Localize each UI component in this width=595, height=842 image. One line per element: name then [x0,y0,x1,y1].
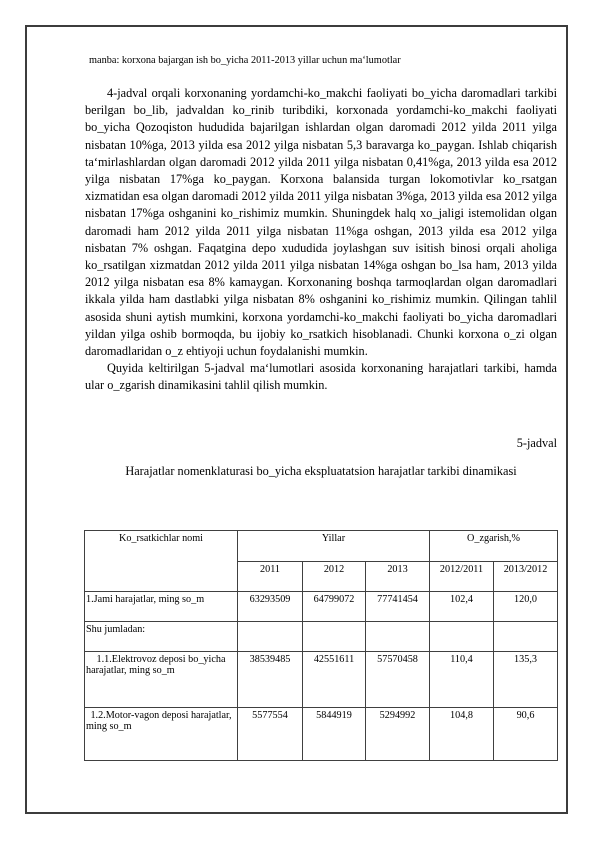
header-year: 2011 [238,562,303,592]
body-text: 4-jadval orqali korxonaning yordamchi-ko… [85,85,557,395]
cell-value: 42551611 [303,652,366,708]
row-label: 1.Jami harajatlar, ming so_m [85,592,238,622]
cell-value: 104,8 [430,708,494,761]
cell-value [238,622,303,652]
paragraph-2: Quyida keltirilgan 5-jadval ma‘lumotlari… [85,360,557,394]
header-year: 2012 [303,562,366,592]
cell-value: 64799072 [303,592,366,622]
cell-value [430,622,494,652]
cell-value: 5294992 [366,708,430,761]
cell-value: 5844919 [303,708,366,761]
header-change-period: 2013/2012 [494,562,558,592]
paragraph-1: 4-jadval orqali korxonaning yordamchi-ko… [85,85,557,360]
cell-value: 120,0 [494,592,558,622]
cell-value: 57570458 [366,652,430,708]
table-row: Shu jumladan: [85,622,558,652]
cell-value: 63293509 [238,592,303,622]
table-number: 5-jadval [517,436,557,451]
header-change: O_zgarish,% [430,531,558,562]
table-row: 1.1.Elektrovoz deposi bo_yicha harajatla… [85,652,558,708]
cell-value: 38539485 [238,652,303,708]
cell-value [494,622,558,652]
cell-value: 135,3 [494,652,558,708]
cell-value: 90,6 [494,708,558,761]
header-year: 2013 [366,562,430,592]
table-header-row: Ko_rsatkichlar nomi Yillar O_zgarish,% [85,531,558,562]
header-years: Yillar [238,531,430,562]
source-note: manba: korxona bajargan ish bo_yicha 201… [89,55,401,66]
header-change-period: 2012/2011 [430,562,494,592]
table-row: 1.Jami harajatlar, ming so_m 63293509 64… [85,592,558,622]
table-row: 1.2.Motor-vagon deposi harajatlar, ming … [85,708,558,761]
row-label: Shu jumladan: [85,622,238,652]
expenses-table: Ko_rsatkichlar nomi Yillar O_zgarish,% 2… [84,530,558,761]
row-label: 1.2.Motor-vagon deposi harajatlar, ming … [85,708,238,761]
cell-value: 110,4 [430,652,494,708]
cell-value: 77741454 [366,592,430,622]
table-title: Harajatlar nomenklaturasi bo_yicha ekspl… [85,464,557,479]
cell-value: 102,4 [430,592,494,622]
cell-value: 5577554 [238,708,303,761]
row-label: 1.1.Elektrovoz deposi bo_yicha harajatla… [85,652,238,708]
header-indicator: Ko_rsatkichlar nomi [85,531,238,592]
cell-value [303,622,366,652]
cell-value [366,622,430,652]
